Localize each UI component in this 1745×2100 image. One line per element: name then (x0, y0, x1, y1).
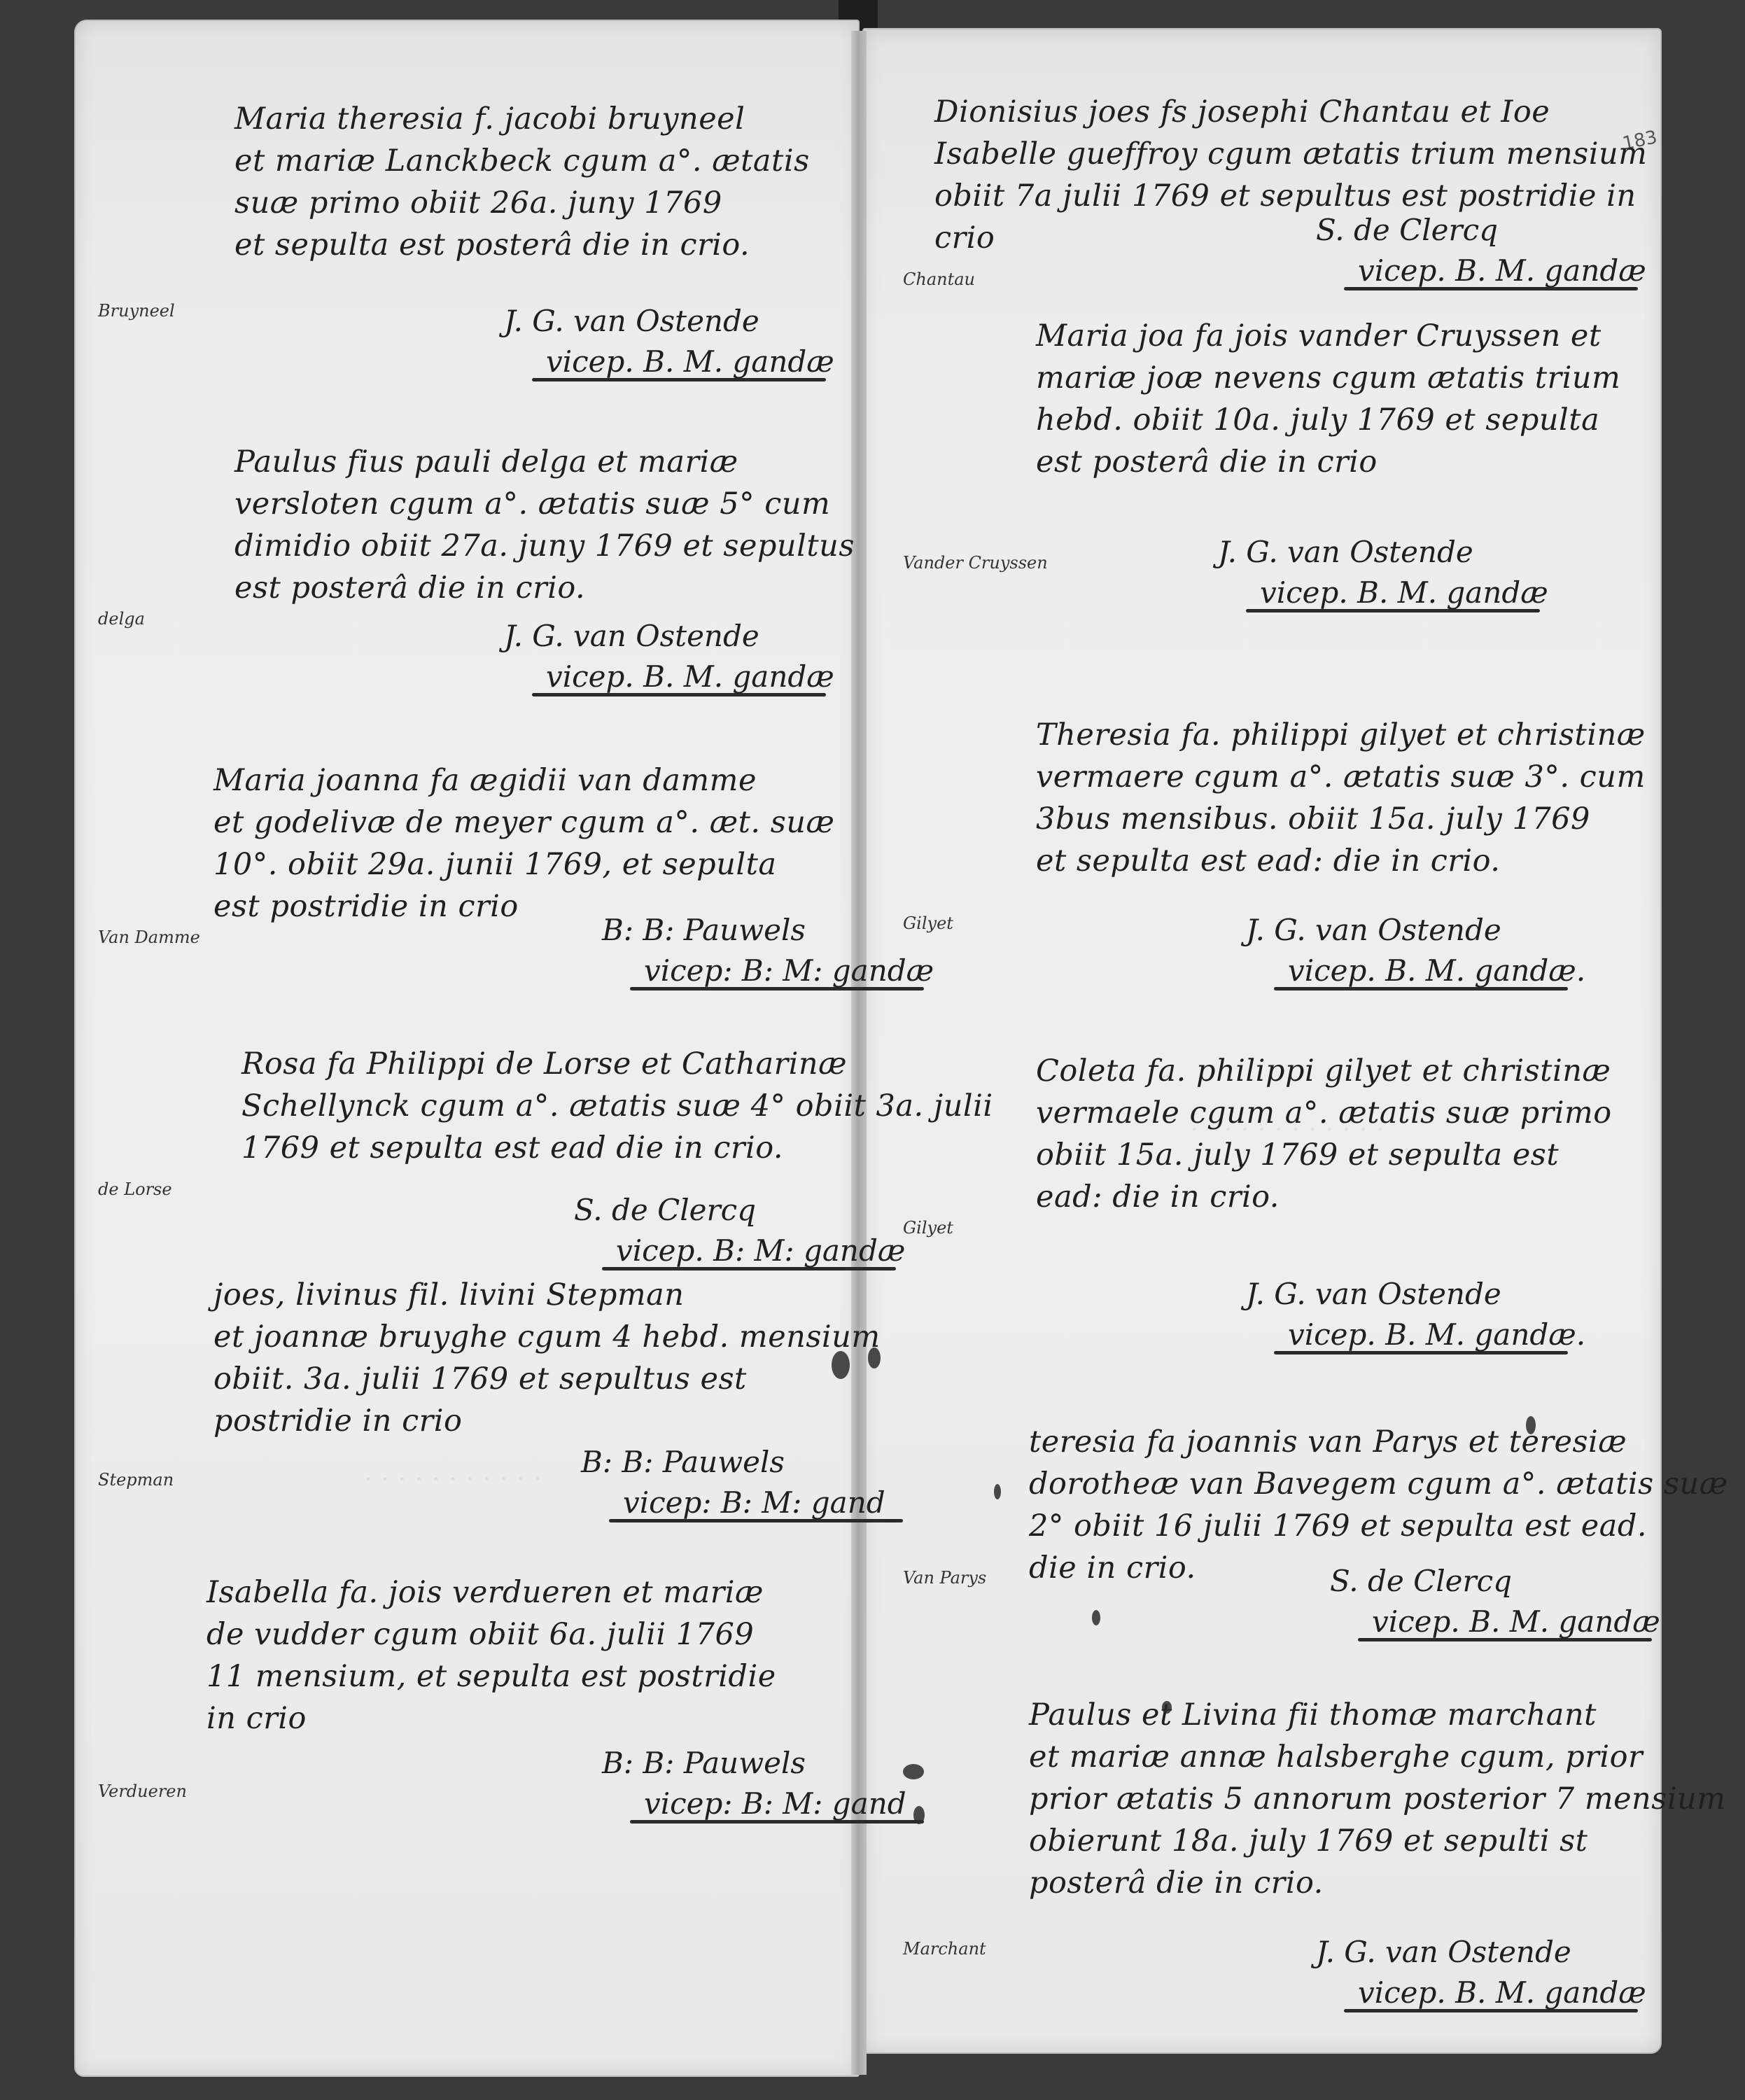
signature-name: S. de Clercq (574, 1190, 905, 1231)
entry-text-line: et joannæ bruyghe cgum 4 hebd. mensium (213, 1316, 881, 1358)
entry-text-line: Isabelle gueffroy cgum ætatis trium mens… (934, 133, 1647, 175)
burial-entry: Maria joa fa jois vander Cruyssen etmari… (1036, 315, 1620, 483)
margin-surname: Vander Cruyssen (903, 553, 1048, 573)
entry-text-line: est posterâ die in crio. (234, 567, 855, 609)
entry-text-line: 2° obiit 16 julii 1769 et sepulta est ea… (1029, 1505, 1728, 1547)
scanned-register-spread: . . . . . . . . . . . . . . . . . . . . … (0, 0, 1745, 2100)
margin-surname: Chantau (903, 269, 975, 289)
entry-text-line: dorotheæ van Bavegem cgum a°. ætatis suæ (1029, 1463, 1728, 1505)
entry-text-line: suæ primo obiit 26a. juny 1769 (234, 182, 810, 224)
signature-title: vicep. B: M: gandæ (574, 1231, 905, 1271)
margin-surname: Van Damme (98, 927, 200, 947)
signature-title: vicep: B: M: gand (581, 1483, 903, 1523)
priest-signature: B: B: Pauwelsvicep: B: M: gand (581, 1442, 903, 1522)
entry-text-line: Isabella fa. jois verdueren et mariæ (206, 1571, 776, 1613)
entry-text-line: hebd. obiit 10a. july 1769 et sepulta (1036, 399, 1620, 441)
priest-signature: B: B: Pauwelsvicep: B: M: gand (602, 1743, 924, 1823)
signature-title: vicep. B. M. gandæ. (1246, 1315, 1585, 1355)
entry-text-line: et mariæ Lanckbeck cgum a°. ætatis (234, 140, 810, 182)
priest-signature: J. G. van Ostendevicep. B. M. gandæ. (1246, 1274, 1585, 1354)
ink-stain (1092, 1610, 1100, 1625)
signature-name: J. G. van Ostende (504, 301, 834, 342)
entry-text-line: 10°. obiit 29a. junii 1769, et sepulta (213, 843, 834, 885)
entry-text-line: de vudder cgum obiit 6a. julii 1769 (206, 1613, 776, 1655)
margin-surname: Gilyet (903, 913, 953, 933)
entry-text-line: Paulus fius pauli delga et mariæ (234, 441, 855, 483)
entry-text-line: et godelivæ de meyer cgum a°. æt. suæ (213, 801, 834, 843)
margin-surname: Gilyet (903, 1218, 953, 1238)
margin-surname: Van Parys (903, 1568, 986, 1588)
entry-text-line: teresia fa joannis van Parys et teresiæ (1029, 1421, 1728, 1463)
entry-text-line: 1769 et sepulta est ead die in crio. (241, 1127, 993, 1169)
signature-name: J. G. van Ostende (1246, 1274, 1585, 1315)
signature-title: vicep. B. M. gandæ (1316, 251, 1646, 291)
entry-text-line: Dionisius joes fs josephi Chantau et Ioe (934, 91, 1647, 133)
entry-text-line: Schellynck cgum a°. ætatis suæ 4° obiit … (241, 1085, 993, 1127)
bleed-through-text: . . . . . . . . . . . (364, 1456, 542, 1487)
margin-surname: de Lorse (98, 1179, 172, 1199)
entry-text-line: joes, livinus fil. livini Stepman (213, 1274, 881, 1316)
entry-text-line: Coleta fa. philippi gilyet et christinæ (1036, 1050, 1612, 1092)
entry-text-line: Theresia fa. philippi gilyet et christin… (1036, 714, 1646, 756)
signature-title: vicep. B. M. gandæ (504, 342, 834, 382)
priest-signature: J. G. van Ostendevicep. B. M. gandæ (504, 616, 834, 696)
priest-signature: J. G. van Ostendevicep. B. M. gandæ. (1246, 910, 1585, 990)
burial-entry: Isabella fa. jois verdueren et mariæde v… (206, 1571, 776, 1739)
entry-text-line: et sepulta est ead: die in crio. (1036, 840, 1646, 882)
entry-text-line: et mariæ annæ halsberghe cgum, prior (1029, 1736, 1726, 1778)
burial-entry: Maria theresia f. jacobi bruyneelet mari… (234, 98, 810, 266)
entry-text-line: vermaere cgum a°. ætatis suæ 3°. cum (1036, 756, 1646, 798)
margin-surname: Verdueren (98, 1781, 187, 1801)
signature-name: S. de Clercq (1316, 210, 1646, 251)
margin-surname: Bruyneel (98, 301, 175, 321)
entry-text-line: est posterâ die in crio (1036, 441, 1620, 483)
entry-text-line: Rosa fa Philippi de Lorse et Catharinæ (241, 1043, 993, 1085)
priest-signature: J. G. van Ostendevicep. B. M. gandæ (504, 301, 834, 381)
entry-text-line: Maria joa fa jois vander Cruyssen et (1036, 315, 1620, 357)
signature-title: vicep. B. M. gandæ (1218, 573, 1548, 613)
ink-stain (1526, 1416, 1536, 1434)
entry-text-line: Maria theresia f. jacobi bruyneel (234, 98, 810, 140)
priest-signature: S. de Clercqvicep. B. M. gandæ (1330, 1561, 1660, 1641)
signature-name: B: B: Pauwels (581, 1442, 903, 1483)
entry-text-line: Maria joanna fa ægidii van damme (213, 759, 834, 801)
burial-entry: Maria joanna fa ægidii van dammeet godel… (213, 759, 834, 927)
burial-entry: Coleta fa. philippi gilyet et christinæv… (1036, 1050, 1612, 1218)
signature-title: vicep. B. M. gandæ (1316, 1973, 1646, 2013)
ink-stain (1162, 1701, 1172, 1714)
ink-stain (913, 1806, 925, 1824)
ink-stain (868, 1347, 881, 1368)
signature-title: vicep. B. M. gandæ. (1246, 951, 1585, 991)
priest-signature: S. de Clercqvicep. B: M: gandæ (574, 1190, 905, 1270)
priest-signature: S. de Clercqvicep. B. M. gandæ (1316, 210, 1646, 290)
signature-name: J. G. van Ostende (1316, 1932, 1646, 1973)
signature-name: J. G. van Ostende (504, 616, 834, 657)
margin-surname: delga (98, 609, 145, 629)
margin-surname: Marchant (903, 1939, 986, 1959)
signature-title: vicep: B: M: gand (602, 1784, 924, 1824)
signature-name: J. G. van Ostende (1218, 532, 1548, 573)
entry-text-line: 11 mensium, et sepulta est postridie (206, 1655, 776, 1697)
signature-title: vicep. B. M. gandæ (1330, 1602, 1660, 1642)
margin-surname: Stepman (98, 1470, 174, 1490)
ink-stain (994, 1484, 1001, 1499)
ink-stain (903, 1764, 924, 1779)
entry-text-line: posterâ die in crio. (1029, 1862, 1726, 1904)
entry-text-line: ead: die in crio. (1036, 1176, 1612, 1218)
entry-text-line: et sepulta est posterâ die in crio. (234, 224, 810, 266)
burial-entry: joes, livinus fil. livini Stepmanet joan… (213, 1274, 881, 1442)
entry-text-line: mariæ joæ nevens cgum ætatis trium (1036, 357, 1620, 399)
burial-entry: Paulus et Livina fii thomæ marchantet ma… (1029, 1694, 1726, 1904)
entry-text-line: prior ætatis 5 annorum posterior 7 mensi… (1029, 1778, 1726, 1820)
signature-title: vicep. B. M. gandæ (504, 657, 834, 697)
entry-text-line: obiit. 3a. julii 1769 et sepultus est (213, 1358, 881, 1400)
burial-entry: Theresia fa. philippi gilyet et christin… (1036, 714, 1646, 882)
entry-text-line: Paulus et Livina fii thomæ marchant (1029, 1694, 1726, 1736)
entry-text-line: obiit 15a. july 1769 et sepulta est (1036, 1134, 1612, 1176)
entry-text-line: dimidio obiit 27a. juny 1769 et sepultus (234, 525, 855, 567)
entry-text-line: obierunt 18a. july 1769 et sepulti st (1029, 1820, 1726, 1862)
priest-signature: B: B: Pauwelsvicep: B: M: gandæ (602, 910, 934, 990)
entry-text-line: vermaele cgum a°. ætatis suæ primo (1036, 1092, 1612, 1134)
signature-name: B: B: Pauwels (602, 910, 934, 951)
signature-name: S. de Clercq (1330, 1561, 1660, 1602)
signature-title: vicep: B: M: gandæ (602, 951, 934, 991)
ink-stain (832, 1351, 850, 1379)
entry-text-line: postridie in crio (213, 1400, 881, 1442)
signature-name: B: B: Pauwels (602, 1743, 924, 1784)
entry-text-line: in crio (206, 1697, 776, 1739)
entry-text-line: versloten cgum a°. ætatis suæ 5° cum (234, 483, 855, 525)
priest-signature: J. G. van Ostendevicep. B. M. gandæ (1218, 532, 1548, 612)
entry-text-line: 3bus mensibus. obiit 15a. july 1769 (1036, 798, 1646, 840)
burial-entry: Paulus fius pauli delga et mariæverslote… (234, 441, 855, 609)
priest-signature: J. G. van Ostendevicep. B. M. gandæ (1316, 1932, 1646, 2012)
signature-name: J. G. van Ostende (1246, 910, 1585, 951)
burial-entry: Rosa fa Philippi de Lorse et CatharinæSc… (241, 1043, 993, 1169)
